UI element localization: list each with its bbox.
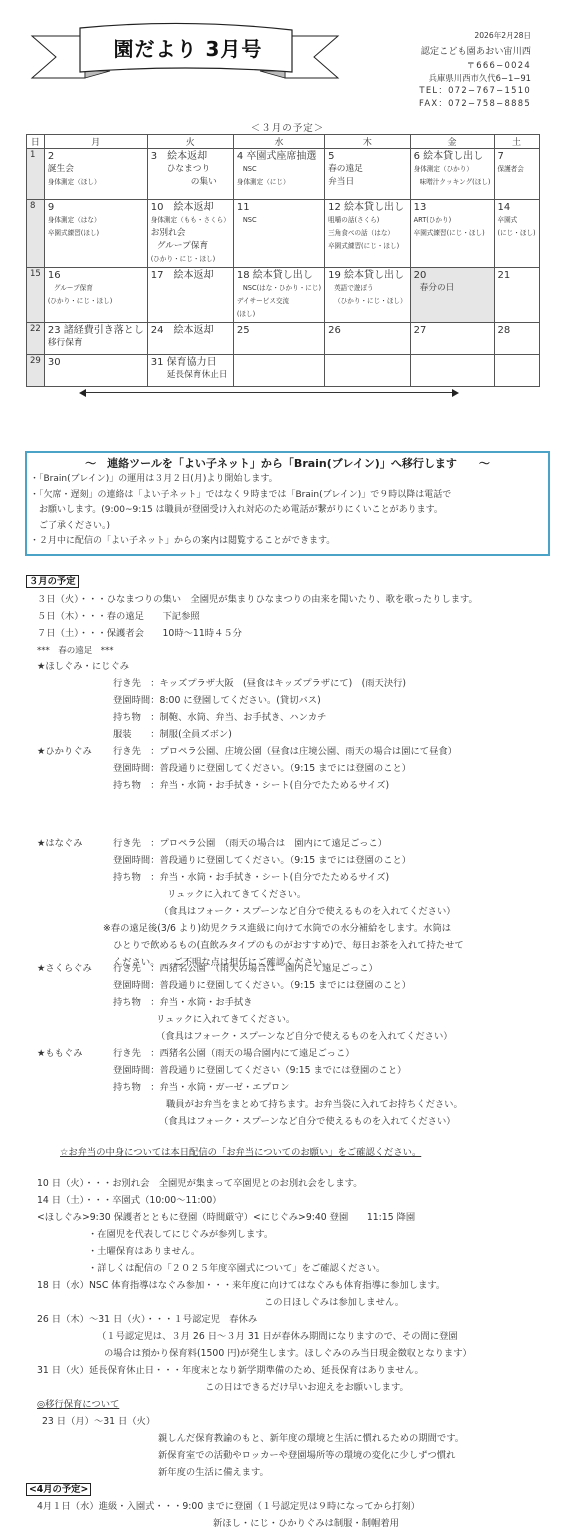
schedule-item-cont: の場合は預かり保育料(1500 円)が発生します。ほしぐみのみ当日現金徴収となり…	[104, 1347, 472, 1361]
schedule-item: 10 日（火）・・・お別れ会 全園児が集まって卒園児とのお別れ会をします。	[37, 1177, 363, 1191]
schedule-item-cont: この日はできるだけ早いお迎えをお願いします。	[205, 1381, 409, 1395]
detail-row: 行き先 ：プロペラ公園、庄境公園（昼食は庄境公園、雨天の場合は園にて昼食）	[113, 745, 457, 759]
schedule-item: ７日（土）・・・保護者会 10時～11時４５分	[37, 627, 242, 641]
detail-row: 持ち物 ：弁当・水筒・お手拭き	[113, 996, 252, 1010]
group-sakura: ★さくらぐみ	[37, 962, 92, 976]
group-hoshi-niji: ★ほしぐみ・にじぐみ	[37, 660, 129, 674]
march-heading: ３月の予定	[26, 575, 79, 588]
detail-row: 持ち物 ：弁当・水筒・お手拭き・シート(自分でたためるサイズ)	[113, 871, 389, 885]
note-line: ※春の遠足後(3/6 より)幼児クラス進級に向けて水筒での水分補給をします。水筒…	[103, 922, 451, 936]
transition-period: 23 日（月）～31 日（火）	[42, 1415, 155, 1429]
detail-row: 登園時間：普段通りに登園してください（9:15 までには登園のこと）	[113, 1064, 406, 1078]
schedule-item: 14 日（土）・・・卒園式（10:00～11:00）	[37, 1194, 222, 1208]
detail-row: リュックに入れてきてください。	[167, 888, 306, 902]
schedule-item: 31 日（火）延長保育休止日・・・年度末となり新学期準備のため、延長保育はありま…	[37, 1364, 424, 1378]
detail-row: リュックに入れてきてください。	[156, 1013, 295, 1027]
bullet-line: ・在園児を代表してにじぐみが参列します。	[88, 1228, 273, 1242]
group-hana: ★はなぐみ	[37, 837, 83, 851]
bullet-line: ・土曜保育はありません。	[88, 1245, 200, 1259]
detail-row: 持ち物 ：制鞄、水筒、弁当、お手拭き、ハンカチ	[113, 711, 326, 725]
schedule-item: <ほしぐみ>9:30 保護者とともに登園（時間厳守）<にじぐみ>9:40 登園 …	[37, 1211, 415, 1225]
april-heading: <4月の予定>	[26, 1483, 91, 1496]
detail-row: 服装 ：制服(全員ズボン)	[113, 728, 232, 742]
group-hikari: ★ひかりぐみ	[37, 745, 92, 759]
excursion-heading: *** 春の遠足 ***	[37, 644, 114, 658]
march-schedule-section: ３月の予定 ３日（火）・・・ひなまつりの集い 全園児が集まりひなまつりの由来を聞…	[0, 0, 575, 1532]
bullet-line: ・詳しくは配信の「２０２５年度卒園式について」をご確認ください。	[88, 1262, 385, 1276]
detail-row: （食具はフォーク・スプーンなど自分で使えるものを入れてください）	[159, 905, 456, 919]
april-item-cont: 新ほし・にじ・ひかりぐみは制服・制帽着用	[213, 1517, 399, 1531]
note-line: ひとりで飲めるもの(直飲みタイプのものがおすすめ)で、毎日お茶を入れて持たせて	[113, 939, 464, 953]
detail-row: 持ち物 ：弁当・水筒・ガーゼ・エプロン	[113, 1081, 289, 1095]
detail-row: 行き先 ：西猪名公園（雨天の場合園内にて遠足ごっこ）	[113, 1047, 355, 1061]
detail-row: 行き先 ：西猪名公園 （雨天の場合は 園内にて遠足ごっこ）	[113, 962, 378, 976]
detail-row: 登園時間：8:00 に登園してください。(貸切バス)	[113, 694, 321, 708]
group-momo: ★ももぐみ	[37, 1047, 83, 1061]
detail-row: （食具はフォーク・スプーンなど自分で使えるものを入れてください）	[156, 1030, 453, 1044]
detail-row: 行き先 ：キッズプラザ大阪 (昼食はキッズプラザにて) (雨天決行)	[113, 677, 406, 691]
schedule-item: ３日（火）・・・ひなまつりの集い 全園児が集まりひなまつりの由来を聞いたり、歌を…	[37, 593, 478, 607]
detail-row: 行き先 ：プロペラ公園 （雨天の場合は 園内にて遠足ごっこ）	[113, 837, 387, 851]
april-item: 4月１日（水）進級・入園式・・・9:00 までに登園（１号認定児は９時になってか…	[37, 1500, 420, 1514]
detail-row: 登園時間：普段通りに登園してください。（9:15 までには登園のこと）	[113, 854, 411, 868]
schedule-item: ５日（木）・・・春の遠足 下記参照	[37, 610, 200, 624]
detail-row: 登園時間：普段通りに登園してください。（9:15 までには登園のこと）	[113, 762, 411, 776]
detail-row: 持ち物 ：弁当・水筒・お手拭き・シート(自分でたためるサイズ)	[113, 779, 389, 793]
detail-row: 職員がお弁当をまとめて持ちます。お弁当袋に入れてお持ちください。	[166, 1098, 463, 1112]
schedule-item: 18 日（水）NSC 体育指導はなぐみ参加・・・来年度に向けてはなぐみも体育指導…	[37, 1279, 445, 1293]
detail-row: 登園時間：普段通りに登園してください。（9:15 までには登園のこと）	[113, 979, 411, 993]
transition-heading: ◎移行保育について	[37, 1398, 119, 1412]
schedule-item: 26 日（木）～31 日（火）・・・１号認定児 春休み	[37, 1313, 257, 1327]
schedule-item-cont: この日ほしぐみは参加しません。	[264, 1296, 404, 1310]
transition-line: 新保育室での活動やロッカーや登園場所等の環境の変化に少しずつ慣れ	[158, 1449, 455, 1463]
transition-line: 新年度の生活に備えます。	[158, 1466, 269, 1480]
transition-line: 親しんだ保育教諭のもと、新年度の環境と生活に慣れるための期間です。	[158, 1432, 464, 1446]
bento-note: ☆お弁当の中身については本日配信の「お弁当についてのお願い」をご確認ください。	[60, 1146, 421, 1160]
detail-row: （食具はフォーク・スプーンなど自分で使えるものを入れてください）	[159, 1115, 456, 1129]
schedule-item-cont: （１号認定児は、３月 26 日～３月 31 日が春休み期間になりますので、その間…	[97, 1330, 458, 1344]
